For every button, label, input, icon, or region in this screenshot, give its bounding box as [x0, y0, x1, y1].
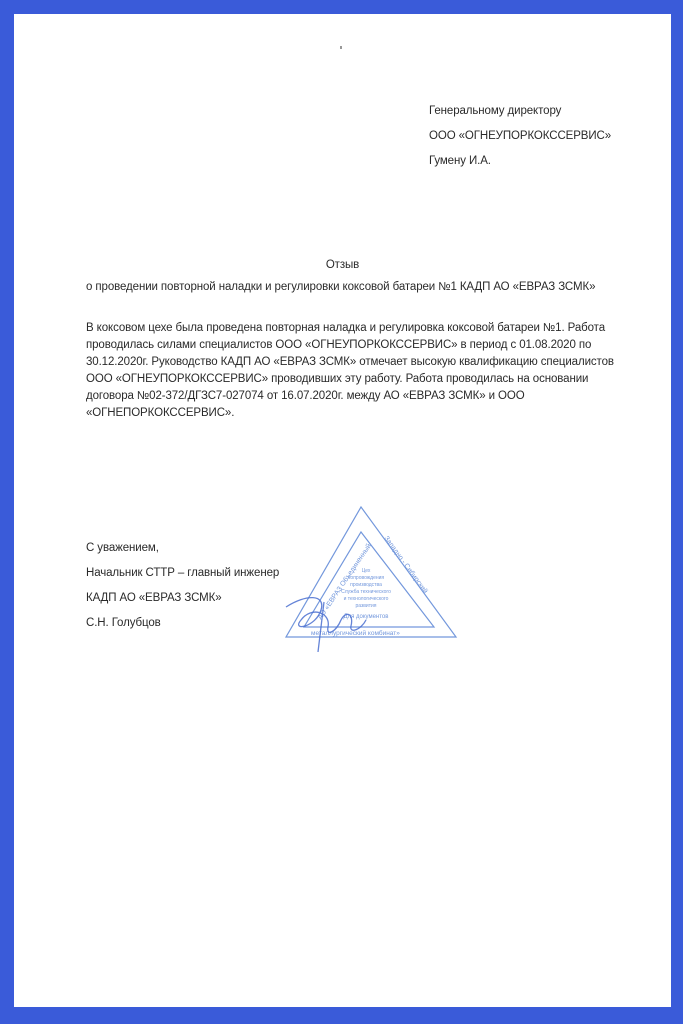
- addressee-company: ООО «ОГНЕУПОРКОКССЕРВИС»: [429, 124, 611, 149]
- addressee-block: Генеральному директору ООО «ОГНЕУПОРКОКС…: [429, 99, 611, 174]
- stamp-bottom-text: металлургический комбинат»: [311, 629, 400, 637]
- stamp-center-line: развития: [355, 603, 376, 609]
- stamp-icon: АО «ЕВРАЗ Объединенный Западно - Сибирск…: [266, 502, 466, 652]
- stamp-center-line: Служба технического: [341, 589, 391, 595]
- addressee-position: Генеральному директору: [429, 99, 611, 124]
- stamp-center-line: Цех: [362, 568, 371, 574]
- document-subject: о проведении повторной наладки и регулир…: [86, 279, 626, 296]
- scan-speck: [340, 46, 342, 49]
- addressee-name: Гумену И.А.: [429, 149, 611, 174]
- document-body: В коксовом цехе была проведена повторная…: [86, 320, 626, 422]
- signatory-position: Начальник СТТР – главный инженер: [86, 561, 279, 586]
- document-title: Отзыв: [14, 257, 671, 274]
- stamp-center-line: сопровождения: [348, 575, 385, 581]
- stamp-left-text: АО «ЕВРАЗ Объединенный: [316, 542, 373, 621]
- closing-greeting: С уважением,: [86, 536, 279, 561]
- signatory-name: С.Н. Голубцов: [86, 611, 279, 636]
- signatory-organization: КАДП АО «ЕВРАЗ ЗСМК»: [86, 586, 279, 611]
- stamp-center-line: производства: [350, 582, 382, 588]
- stamp-right-text: Западно - Сибирский: [382, 534, 429, 595]
- signature-icon: [286, 598, 366, 652]
- stamp-center-footer: Для документов: [344, 614, 389, 620]
- document-page: Генеральному директору ООО «ОГНЕУПОРКОКС…: [14, 14, 671, 1007]
- stamp-center-line: и технологического: [344, 596, 389, 602]
- closing-block: С уважением, Начальник СТТР – главный ин…: [86, 536, 279, 636]
